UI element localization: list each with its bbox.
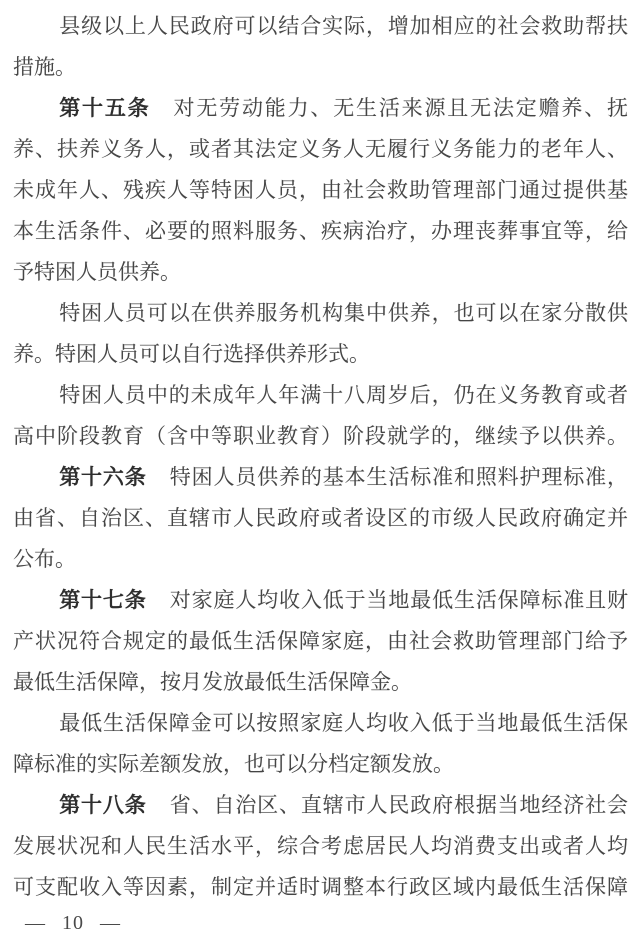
line-text: 措施。 [13,55,76,79]
line-text: 公布。 [13,547,76,571]
line-text: 障标准的实际差额发放，也可以分档定额发放。 [13,752,454,776]
document-line: 养。特困人员可以自行选择供养形式。 [13,334,628,375]
document-line: 发展状况和人民生活水平，综合考虑居民人均消费支出或者人均 [13,826,628,867]
document-line: 县级以上人民政府可以结合实际，增加相应的社会救助帮扶 [13,6,628,47]
document-line: 本生活条件、必要的照料服务、疾病治疗，办理丧葬事宜等，给 [13,211,628,252]
document-line-article-18: 第十八条省、自治区、直辖市人民政府根据当地经济社会 [13,785,628,826]
document-page: 县级以上人民政府可以结合实际，增加相应的社会救助帮扶 措施。 第十五条对无劳动能… [0,0,640,947]
line-text: 对无劳动能力、无生活来源且无法定赡养、抚 [174,96,628,120]
document-line: 特困人员中的未成年人年满十八周岁后，仍在义务教育或者 [13,375,628,416]
document-line: 予特困人员供养。 [13,252,628,293]
document-line: 可支配收入等因素，制定并适时调整本行政区域内最低生活保障 [13,867,628,908]
document-line: 养、扶养义务人，或者其法定义务人无履行义务能力的老年人、 [13,129,628,170]
line-text: 高中阶段教育（含中等职业教育）阶段就学的，继续予以供养。 [13,424,628,448]
line-text: 发展状况和人民生活水平，综合考虑居民人均消费支出或者人均 [13,834,628,858]
line-text: 可支配收入等因素，制定并适时调整本行政区域内最低生活保障 [13,875,628,899]
line-text: 对家庭人均收入低于当地最低生活保障标准且财 [170,588,628,612]
document-line: 公布。 [13,539,628,580]
line-text: 本生活条件、必要的照料服务、疾病治疗，办理丧葬事宜等，给 [13,219,628,243]
line-text: 予特困人员供养。 [13,260,181,284]
document-line-article-17: 第十七条对家庭人均收入低于当地最低生活保障标准且财 [13,580,628,621]
document-line: 特困人员可以在供养服务机构集中供养，也可以在家分散供 [13,293,628,334]
line-text: 由省、自治区、直辖市人民政府或者设区的市级人民政府确定并 [13,506,628,530]
document-line: 最低生活保障金可以按照家庭人均收入低于当地最低生活保 [13,703,628,744]
article-number: 第十七条 [59,588,146,612]
document-line: 未成年人、残疾人等特困人员，由社会救助管理部门通过提供基 [13,170,628,211]
line-text: 最低生活保障金可以按照家庭人均收入低于当地最低生活保 [59,711,628,735]
line-text: 养、扶养义务人，或者其法定义务人无履行义务能力的老年人、 [13,137,628,161]
document-line: 最低生活保障，按月发放最低生活保障金。 [13,662,628,703]
document-line: 障标准的实际差额发放，也可以分档定额发放。 [13,744,628,785]
document-line: 措施。 [13,47,628,88]
line-text: 特困人员供养的基本生活标准和照料护理标准， [170,465,628,489]
line-text: 产状况符合规定的最低生活保障家庭，由社会救助管理部门给予 [13,629,628,653]
line-text: 县级以上人民政府可以结合实际，增加相应的社会救助帮扶 [59,14,628,38]
line-text: 未成年人、残疾人等特困人员，由社会救助管理部门通过提供基 [13,178,628,202]
line-text: 最低生活保障，按月发放最低生活保障金。 [13,670,412,694]
article-number: 第十五条 [59,96,150,120]
page-number: — 10 — [25,908,121,938]
article-number: 第十六条 [59,465,146,489]
article-number: 第十八条 [59,793,146,817]
document-line: 高中阶段教育（含中等职业教育）阶段就学的，继续予以供养。 [13,416,628,457]
document-line-article-15: 第十五条对无劳动能力、无生活来源且无法定赡养、抚 [13,88,628,129]
document-line-article-16: 第十六条特困人员供养的基本生活标准和照料护理标准， [13,457,628,498]
line-text: 特困人员中的未成年人年满十八周岁后，仍在义务教育或者 [59,383,628,407]
line-text: 省、自治区、直辖市人民政府根据当地经济社会 [170,793,628,817]
document-line: 产状况符合规定的最低生活保障家庭，由社会救助管理部门给予 [13,621,628,662]
line-text: 特困人员可以在供养服务机构集中供养，也可以在家分散供 [59,301,628,325]
document-body: 县级以上人民政府可以结合实际，增加相应的社会救助帮扶 措施。 第十五条对无劳动能… [13,6,628,908]
line-text: 养。特困人员可以自行选择供养形式。 [13,342,370,366]
document-line: 由省、自治区、直辖市人民政府或者设区的市级人民政府确定并 [13,498,628,539]
